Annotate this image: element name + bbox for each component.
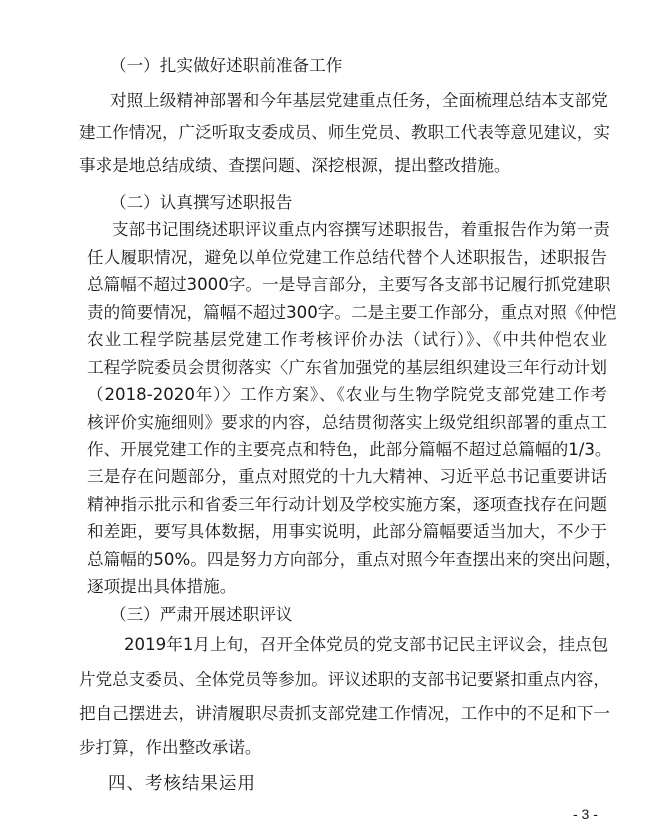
paragraph-line: 精神指示批示和省委三年行动计划及学校实施方案，逐项查找存在问题 [87, 495, 607, 515]
paragraph-line: 支部书记围绕述职评议重点内容撰写述职报告，着重报告作为第一责 [112, 220, 607, 240]
paragraph-line: 工程学院委员会贯彻落实〈广东省加强党的基层组织建设三年行动计划 [87, 358, 607, 378]
paragraph-line: 2019年1月上旬，召开全体党员的党支部书记民主评议会，挂点包 [124, 635, 607, 655]
page-number: - 3 - [573, 806, 598, 822]
paragraph-line: 责的简要情况，篇幅不超过300字。二是主要工作部分，重点对照《仲恺 [87, 303, 607, 323]
paragraph-line: 片党总支委员、全体党员等参加。评议述职的支部书记要紧扣重点内容， [79, 670, 607, 690]
paragraph-line: 三是存在问题部分，重点对照党的十九大精神、习近平总书记重要讲话 [87, 467, 607, 487]
paragraph-line: 和差距，要写具体数据，用事实说明，此部分篇幅要适当加大，不少于 [87, 522, 607, 542]
section-heading-4: 四、考核结果运用 [108, 773, 256, 795]
section-heading-1: （一）扎实做好述职前准备工作 [110, 56, 342, 76]
paragraph-line: 农业工程学院基层党建工作考核评价办法（试行）》、《中共仲恺农业 [87, 330, 607, 350]
section-heading-2: （二）认真撰写述职报告 [110, 193, 293, 213]
paragraph-line: 把自己摆进去，讲清履职尽责抓支部党建工作情况，工作中的不足和下一 [79, 704, 607, 724]
paragraph-line: 逐项提出具体措施。 [87, 577, 607, 597]
paragraph-line: 任人履职情况，避免以单位党建工作总结代替个人述职报告，述职报告 [87, 248, 607, 268]
section-heading-3: （三）严肃开展述职评议 [110, 605, 293, 625]
paragraph-line: 核评价实施细则》要求的内容，总结贯彻落实上级党组织部署的重点工 [87, 413, 607, 433]
paragraph-line: 总篇幅的50%。四是努力方向部分，重点对照今年查摆出来的突出问题， [87, 550, 607, 570]
document-page: （一）扎实做好述职前准备工作 对照上级精神部署和今年基层党建重点任务，全面梳理总… [0, 0, 656, 831]
paragraph-line: 事求是地总结成绩、查摆问题、深挖根源，提出整改措施。 [79, 156, 607, 176]
paragraph-line: （2018-2020年）〉工作方案》、《农业与生物学院党支部党建工作考 [87, 385, 607, 405]
paragraph-line: 对照上级精神部署和今年基层党建重点任务，全面梳理总结本支部党 [110, 91, 607, 111]
paragraph-line: 总篇幅不超过3000字。一是导言部分，主要写各支部书记履行抓党建职 [87, 275, 607, 295]
paragraph-line: 建工作情况，广泛听取支委成员、师生党员、教职工代表等意见建议，实 [79, 123, 607, 143]
paragraph-line: 作、开展党建工作的主要亮点和特色，此部分篇幅不超过总篇幅的1/3。 [87, 440, 607, 460]
paragraph-line: 步打算，作出整改承诺。 [79, 738, 607, 758]
